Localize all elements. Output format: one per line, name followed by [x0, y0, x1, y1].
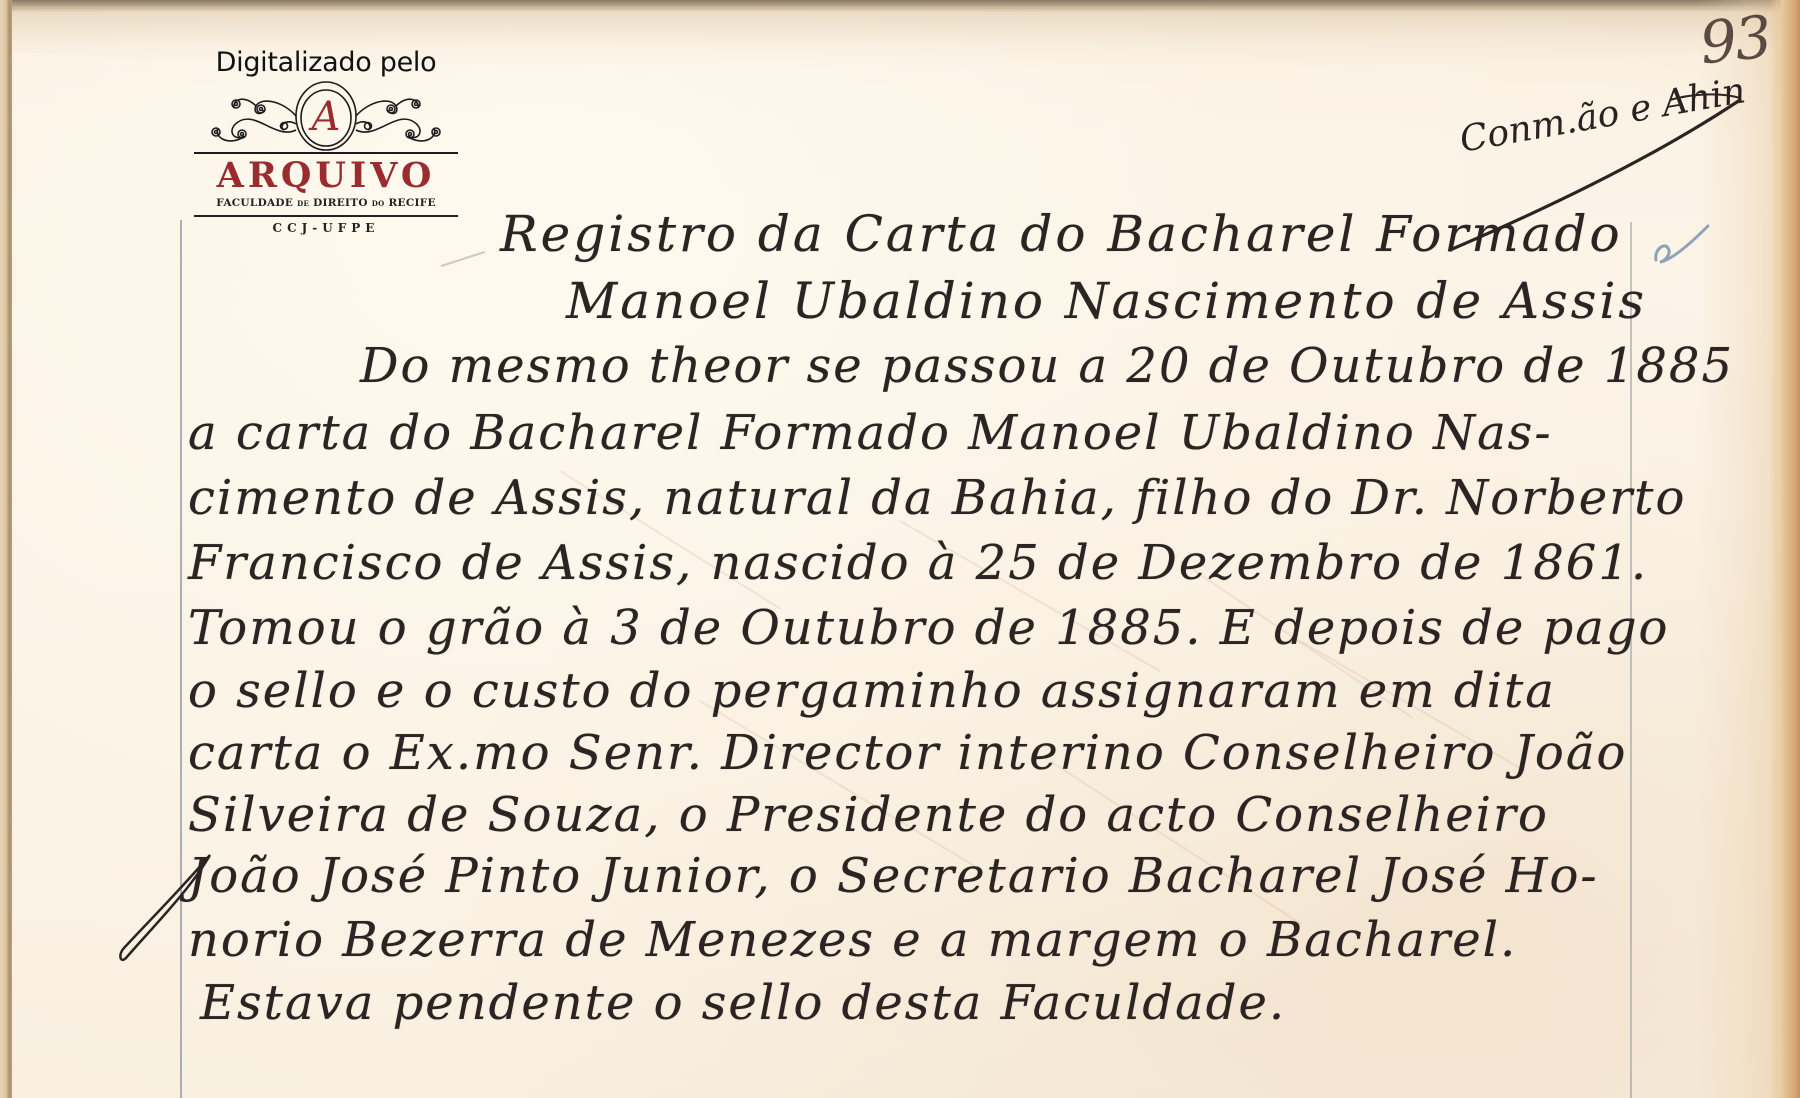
check-mark-icon: [1652, 212, 1712, 272]
manuscript-title-line: Registro da Carta do Bacharel Formado: [500, 205, 1623, 263]
page-number: 93: [1697, 3, 1774, 78]
manuscript-line: a carta do Bacharel Formado Manoel Ubald…: [188, 405, 1553, 461]
archive-name: ARQUIVO: [190, 156, 462, 196]
binding-line: [10, 0, 12, 1098]
logo-divider: [194, 215, 458, 217]
document-page: Digitalizado pelo: [0, 0, 1800, 1098]
ornament-emblem-icon: A: [196, 80, 456, 152]
institution-name: CCJ-UFPE: [190, 221, 462, 235]
manuscript-line: Tomou o grão à 3 de Outubro de 1885. E d…: [188, 600, 1669, 656]
manuscript-line: Do mesmo theor se passou a 20 de Outubro…: [360, 338, 1734, 394]
manuscript-line: cimento de Assis, natural da Bahia, filh…: [188, 470, 1686, 526]
manuscript-line: Silveira de Souza, o Presidente do acto …: [188, 787, 1549, 843]
page-top-edge: [0, 0, 1800, 12]
logo-divider: [194, 152, 458, 154]
archive-watermark-logo: Digitalizado pelo: [190, 48, 462, 235]
page-right-edge: [1770, 0, 1800, 1098]
manuscript-line: norio Bezerra de Menezes e a margem o Ba…: [188, 912, 1517, 968]
manuscript-title-line: Manoel Ubaldino Nascimento de Assis: [566, 272, 1647, 330]
manuscript-line: João José Pinto Junior, o Secretario Bac…: [188, 848, 1599, 904]
manuscript-line: o sello e o custo do pergaminho assignar…: [188, 663, 1556, 719]
manuscript-line: Estava pendente o sello desta Faculdade.: [200, 975, 1286, 1031]
emblem-letter: A: [308, 94, 341, 140]
manuscript-line: carta o Ex.mo Senr. Director interino Co…: [188, 725, 1627, 781]
manuscript-line: Francisco de Assis, nascido à 25 de Deze…: [188, 535, 1648, 591]
title-dash: [441, 251, 485, 267]
watermark-caption: Digitalizado pelo: [190, 48, 462, 78]
faculty-name: FACULDADE DE DIREITO DO RECIFE: [190, 196, 462, 211]
